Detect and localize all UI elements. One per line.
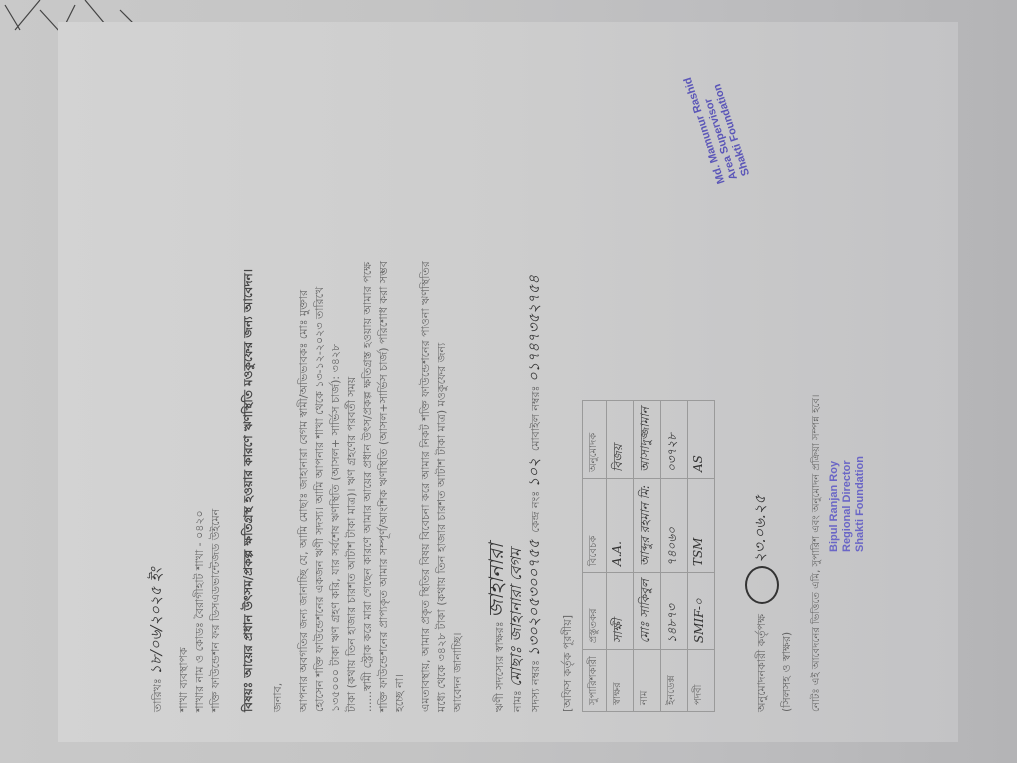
approval-date: ২৩.০৬.২৫ [751,495,769,563]
center-number: ১০২ [525,458,543,487]
regional-director-stamp: Bipul Ranjan Roy Regional Director Shakt… [828,456,867,552]
mobile-number: ০১৭৪৭৩৫২৭৫৪ [525,275,543,382]
member-number: ১৩০২০৫৩০০৭৫৫ [525,540,543,657]
table-row: স্বাক্ষর সাক্ষী A.A. বিজয় [607,400,634,711]
date-value: ১৮/০৬/২০২৫ ইং [147,568,165,675]
subject-line: বিষয়ঃ আয়ের প্রধান উৎসম/প্রকল্প ক্ষতিগ্… [240,92,260,712]
table-row: নাম মোঃ সাকিবুল আব্দুর রহমান মি: আসাদুজ্… [634,400,661,711]
date-row: তারিখঃ ১৮/০৬/২০২৫ ইং [148,92,166,712]
member-info: ঋণী সদস্যের স্বাক্ষরঃ জাহানারা নামঃ মোছা… [488,92,544,712]
office-section-label: [অফিস কর্তৃক পূরণীয়] [560,92,576,712]
table-row: সুপারিশকারী প্রস্তুতকর বিবেচক অনুমোদক [583,400,607,711]
recipient-block: শাখা ব্যবস্থাপক শাখার নাম ও কোডঃ বৈরাগীহ… [176,92,224,712]
request-paragraph: এমতাবস্থায়, আমার প্রকৃত স্থিতির বিষয় ব… [418,92,466,712]
approver-signature-mark [745,566,779,604]
form-page: তারিখঃ ১৮/০৬/২০২৫ ইং শাখা ব্যবস্থাপক শাখ… [58,22,958,742]
member-name: মোছাঃ জাহানারা বেগম [507,549,525,687]
table-row: পদবী SMIF-০ TSM AS [688,400,715,711]
approval-table: সুপারিশকারী প্রস্তুতকর বিবেচক অনুমোদক স্… [582,400,715,712]
approver-section: অনুমোদনকারী কর্তৃপক্ষ ২৩.০৬.২৫ (সিলসহ ও … [745,92,795,712]
footnote: নোটঃ এই আবেদনের ভিত্তিতে এমি, সুপারিশ এব… [809,92,826,712]
salutation: জনাব, [270,92,286,712]
table-row: ইনডেক্স ১৪৮৭৩ ৭৪০৬০ ০৩৭২৮ [661,400,688,711]
body-paragraph: আপনার অবগতির জন্য জানাচ্ছি যে, আমি মোছাঃ… [296,92,408,712]
member-signature: জাহানারা [484,543,508,618]
